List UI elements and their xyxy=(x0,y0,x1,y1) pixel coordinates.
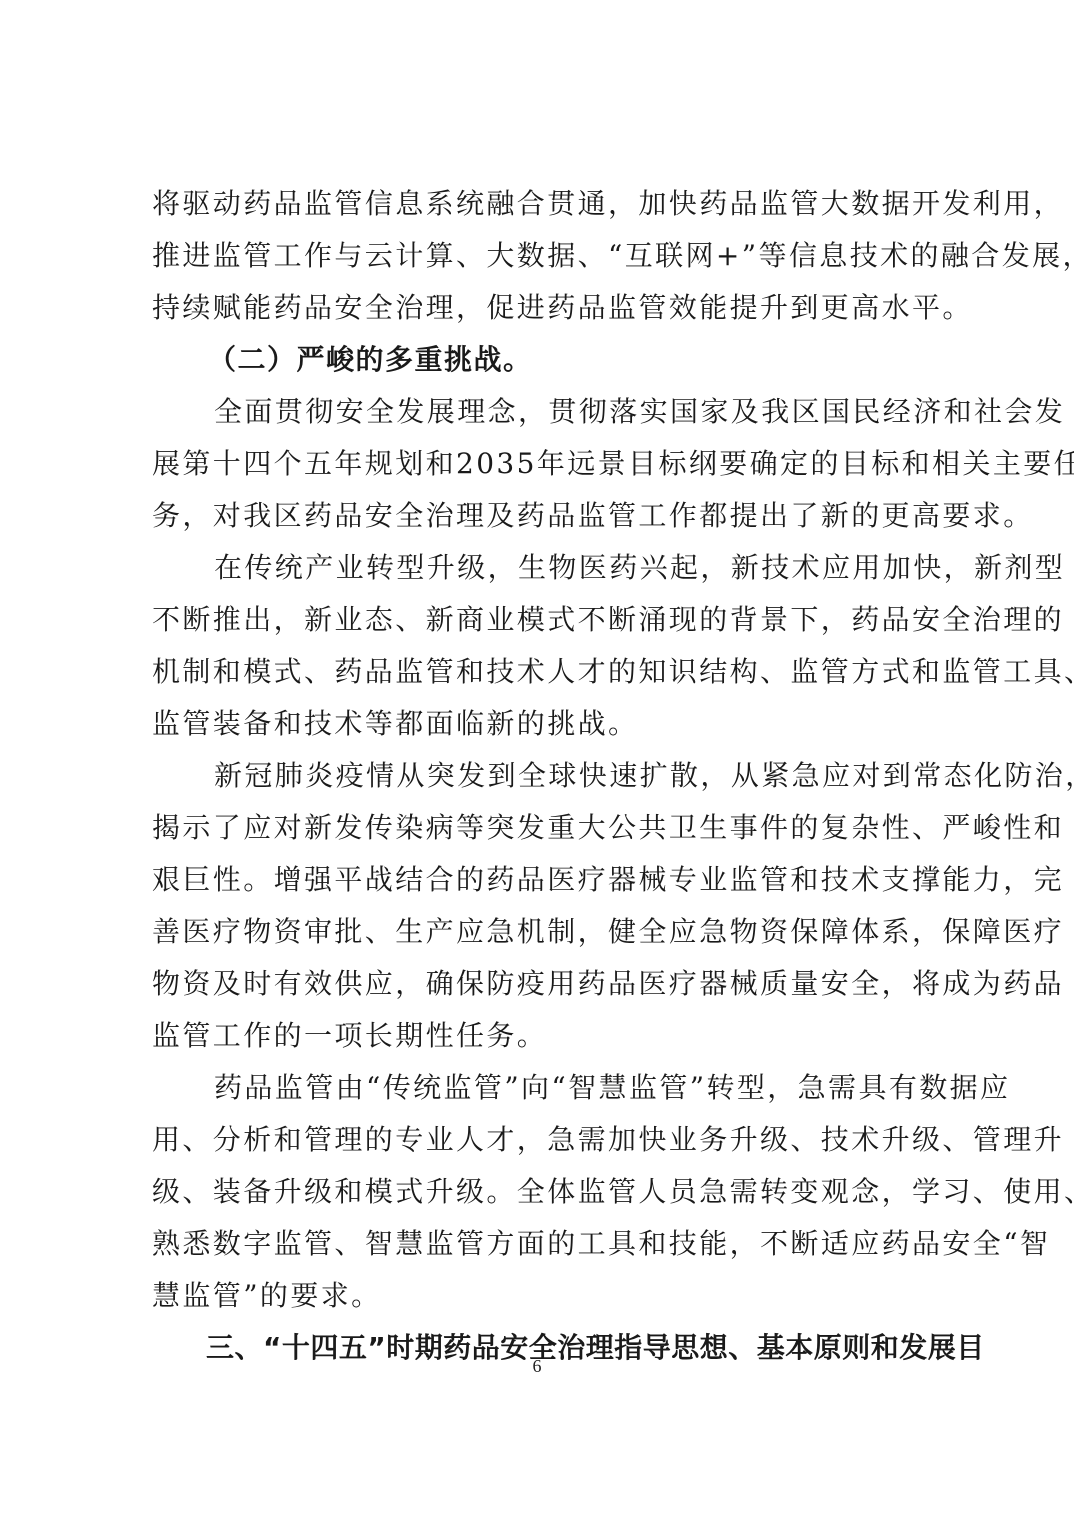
paragraph-continuation: 将驱动药品监管信息系统融合贯通，加快药品监管大数据开发利用， 推进监管工作与云计… xyxy=(152,178,962,334)
text-line: 展第十四个五年规划和2035年远景目标纲要确定的目标和相关主要任 xyxy=(152,438,962,490)
text-line: 全面贯彻安全发展理念，贯彻落实国家及我区国民经济和社会发 xyxy=(152,386,962,438)
text-line: 揭示了应对新发传染病等突发重大公共卫生事件的复杂性、严峻性和 xyxy=(152,802,962,854)
text-line: 在传统产业转型升级，生物医药兴起，新技术应用加快，新剂型 xyxy=(152,542,962,594)
text-line: 药品监管由“传统监管”向“智慧监管”转型，急需具有数据应 xyxy=(152,1062,962,1114)
paragraph: 在传统产业转型升级，生物医药兴起，新技术应用加快，新剂型 不断推出，新业态、新商… xyxy=(152,542,962,750)
text-line: 用、分析和管理的专业人才，急需加快业务升级、技术升级、管理升 xyxy=(152,1114,962,1166)
text-line: 持续赋能药品安全治理，促进药品监管效能提升到更高水平。 xyxy=(152,282,962,334)
text-line: 级、装备升级和模式升级。全体监管人员急需转变观念，学习、使用、 xyxy=(152,1166,962,1218)
text-line: 监管装备和技术等都面临新的挑战。 xyxy=(152,698,962,750)
text-line: 熟悉数字监管、智慧监管方面的工具和技能，不断适应药品安全“智 xyxy=(152,1218,962,1270)
text-line: 务，对我区药品安全治理及药品监管工作都提出了新的更高要求。 xyxy=(152,490,962,542)
document-page: 将驱动药品监管信息系统融合贯通，加快药品监管大数据开发利用， 推进监管工作与云计… xyxy=(152,178,962,1374)
text-line: 推进监管工作与云计算、大数据、“互联网+”等信息技术的融合发展， xyxy=(152,230,962,282)
section-subheading: （二）严峻的多重挑战。 xyxy=(152,334,962,386)
text-line: 将驱动药品监管信息系统融合贯通，加快药品监管大数据开发利用， xyxy=(152,178,962,230)
text-line: 艰巨性。增强平战结合的药品医疗器械专业监管和技术支撑能力，完 xyxy=(152,854,962,906)
text-line: 善医疗物资审批、生产应急机制，健全应急物资保障体系，保障医疗 xyxy=(152,906,962,958)
subheading-text: （二）严峻的多重挑战。 xyxy=(152,334,962,386)
text-line: 新冠肺炎疫情从突发到全球快速扩散，从紧急应对到常态化防治， xyxy=(152,750,962,802)
paragraph: 新冠肺炎疫情从突发到全球快速扩散，从紧急应对到常态化防治， 揭示了应对新发传染病… xyxy=(152,750,962,1062)
text-line: 慧监管”的要求。 xyxy=(152,1270,962,1322)
paragraph: 药品监管由“传统监管”向“智慧监管”转型，急需具有数据应 用、分析和管理的专业人… xyxy=(152,1062,962,1322)
text-line: 不断推出，新业态、新商业模式不断涌现的背景下，药品安全治理的 xyxy=(152,594,962,646)
text-line: 机制和模式、药品监管和技术人才的知识结构、监管方式和监管工具、 xyxy=(152,646,962,698)
text-line: 监管工作的一项长期性任务。 xyxy=(152,1010,962,1062)
paragraph: 全面贯彻安全发展理念，贯彻落实国家及我区国民经济和社会发 展第十四个五年规划和2… xyxy=(152,386,962,542)
text-line: 物资及时有效供应，确保防疫用药品医疗器械质量安全，将成为药品 xyxy=(152,958,962,1010)
page-number: 6 xyxy=(0,1356,1074,1377)
